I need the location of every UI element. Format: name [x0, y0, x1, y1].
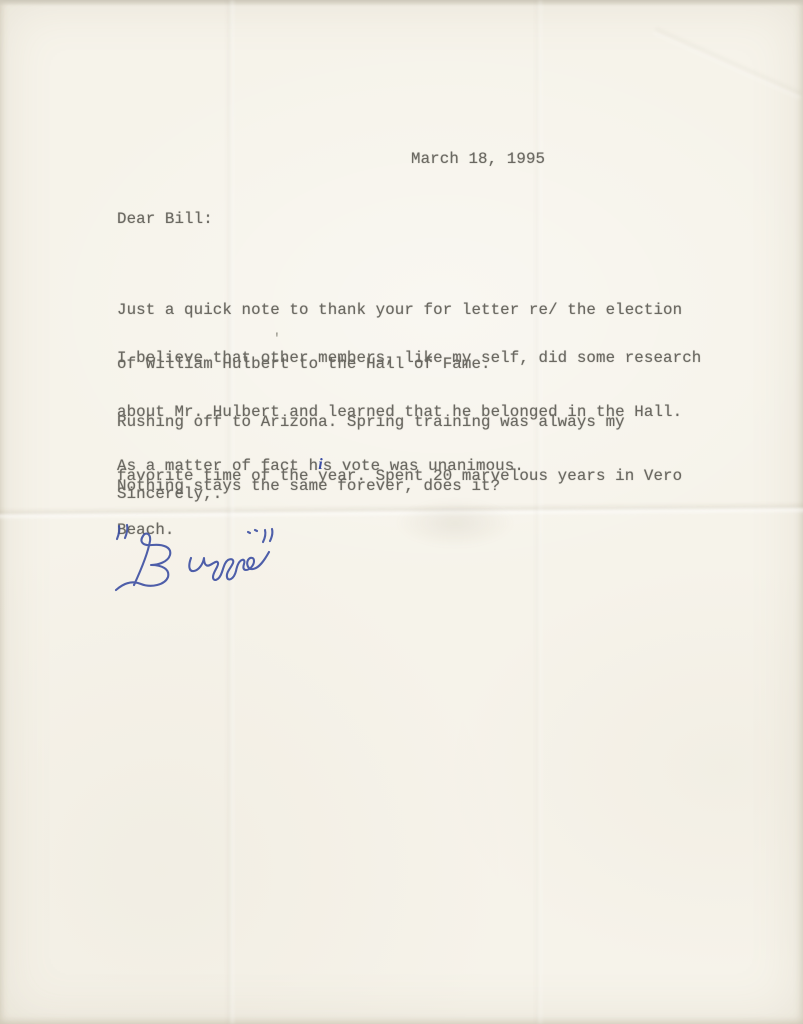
closing: Sincerely,.: [117, 485, 222, 503]
signature-letters-uzzie: [189, 552, 269, 580]
signature-close-quote: [263, 530, 265, 542]
letter-page: March 18, 1995 Dear Bill: Just a quick n…: [0, 0, 803, 1024]
date-line: March 18, 1995: [411, 150, 545, 168]
signature-close-quote: [270, 529, 272, 541]
signature-letter-B: [116, 534, 170, 590]
signature-open-quote: [125, 525, 127, 538]
signature-open-quote: [117, 526, 119, 539]
paper-top-edge: [0, 0, 803, 6]
body-line: I believe that other members, like my se…: [117, 349, 701, 367]
crease-top-right: [653, 26, 803, 100]
body-line: Rushing off to Arizona. Spring training …: [117, 413, 682, 431]
stray-pen-mark: ': [273, 331, 281, 346]
salutation: Dear Bill:: [117, 210, 213, 228]
signature-i-dot: [255, 530, 257, 531]
signature-ink-svg: [103, 520, 293, 600]
signature: [103, 520, 293, 600]
signature-i-dot: [248, 532, 250, 533]
